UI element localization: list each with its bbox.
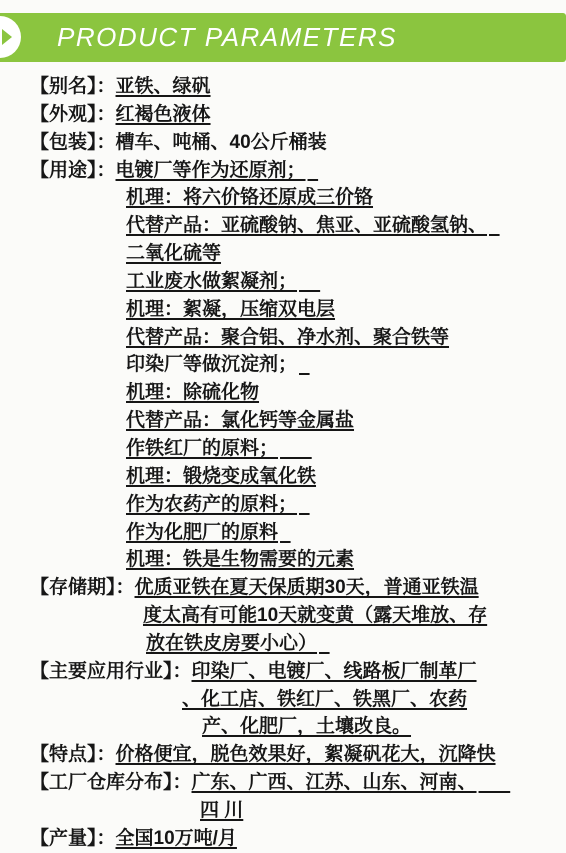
param-value: 机理：铁是生物需要的元素 (126, 549, 354, 570)
param-line: 机理：铁是生物需要的元素 (126, 546, 566, 574)
param-line: 机理：将六价铬还原成三价铬 (126, 184, 566, 212)
param-line: 【产量】：全国10万吨/月 (30, 825, 566, 853)
param-value: 机理：除硫化物 (126, 382, 259, 403)
param-label: 【工厂仓库分布】： (30, 772, 192, 793)
param-value: 广东、广西、江苏、山东、河南、 (192, 772, 477, 793)
param-line: 度太高有可能10天就变黄（露天堆放、存 (143, 602, 566, 630)
param-value: 放在铁皮房要小心） (146, 633, 317, 654)
underline-tail (308, 160, 319, 181)
param-value: 机理：锻烧变成氧化铁 (126, 466, 316, 487)
underline-tail (280, 522, 291, 543)
param-value: 二氧化硫等 (126, 243, 221, 264)
param-value: 电镀厂等作为还原剂； (116, 160, 306, 181)
param-line: 代替产品：氯化钙等金属盐 (126, 407, 566, 435)
param-line: 【特点】：价格便宜，脱色效果好，絮凝矾花大，沉降快 (30, 741, 566, 769)
parameters-list: 【别名】：亚铁、绿矾【外观】：红褐色液体【包装】：槽车、吨桶、40公斤桶装【用途… (30, 73, 566, 853)
param-line: 四 川 (200, 797, 566, 825)
param-line: 【用途】：电镀厂等作为还原剂； (30, 157, 566, 185)
param-line: 作为化肥厂的原料 (126, 519, 566, 547)
underline-tail (489, 215, 500, 236)
param-line: 二氧化硫等 (126, 240, 566, 268)
param-line: 机理：絮凝，压缩双电层 (126, 296, 566, 324)
param-value: 代替产品：聚合铝、净水剂、聚合铁等 (126, 327, 449, 348)
section-header-banner: PRODUCT PARAMETERS (0, 13, 566, 62)
param-label: 【用途】： (30, 160, 116, 181)
param-value: 机理：将六价铬还原成三价铬 (126, 187, 373, 208)
param-label: 【主要应用行业】： (30, 661, 192, 682)
param-line: 工业废水做絮凝剂； (126, 268, 566, 296)
param-value: 亚铁、绿矾 (116, 76, 211, 97)
param-line: 代替产品：亚硫酸钠、焦亚、亚硫酸氢钠、 (126, 212, 566, 240)
param-value: 产、化肥厂，土壤改良。 (202, 716, 411, 737)
arrow-badge (0, 16, 21, 58)
section-title: PRODUCT PARAMETERS (57, 22, 397, 53)
param-line: 、化工店、铁红厂、铁黑厂、农药 (182, 686, 566, 714)
underline-tail (479, 772, 511, 793)
param-line: 【包装】：槽车、吨桶、40公斤桶装 (30, 129, 566, 157)
param-label: 【存储期】： (30, 577, 135, 598)
underline-tail (280, 438, 312, 459)
param-value: 价格便宜，脱色效果好，絮凝矾花大，沉降快 (116, 744, 496, 765)
param-line: 【工厂仓库分布】：广东、广西、江苏、山东、河南、 (30, 769, 566, 797)
param-value: 红褐色液体 (116, 104, 211, 125)
param-line: 【主要应用行业】：印染厂、电镀厂、线路板厂制革厂 (30, 658, 566, 686)
param-value: 机理：絮凝，压缩双电层 (126, 299, 335, 320)
param-label: 【外观】： (30, 104, 116, 125)
param-line: 印染厂等做沉淀剂； (126, 351, 566, 379)
param-line: 【外观】：红褐色液体 (30, 101, 566, 129)
param-line: 机理：除硫化物 (126, 379, 566, 407)
param-line: 【别名】：亚铁、绿矾 (30, 73, 566, 101)
right-arrow-icon (2, 29, 12, 45)
underline-tail (299, 354, 310, 375)
param-value: 四 川 (200, 800, 243, 821)
param-value: 印染厂等做沉淀剂； (126, 354, 297, 375)
param-value: 代替产品：氯化钙等金属盐 (126, 410, 354, 431)
underline-tail (319, 633, 330, 654)
param-value: 作为农药产的原料； (126, 494, 297, 515)
underline-tail (299, 271, 320, 292)
param-line: 产、化肥厂，土壤改良。 (202, 713, 566, 741)
param-line: 代替产品：聚合铝、净水剂、聚合铁等 (126, 324, 566, 352)
param-line: 作为农药产的原料； (126, 491, 566, 519)
param-value: 槽车、吨桶、40公斤桶装 (116, 132, 327, 153)
underline-tail (299, 494, 310, 515)
param-line: 放在铁皮房要小心） (146, 630, 566, 658)
param-value: 优质亚铁在夏天保质期30天，普通亚铁温 (135, 577, 479, 598)
param-value: 作铁红厂的原料； (126, 438, 278, 459)
param-value: 印染厂、电镀厂、线路板厂制革厂 (192, 661, 477, 682)
param-line: 机理：锻烧变成氧化铁 (126, 463, 566, 491)
param-label: 【产量】： (30, 828, 116, 849)
param-label: 【包装】： (30, 132, 116, 153)
param-value: 度太高有可能10天就变黄（露天堆放、存 (143, 605, 487, 626)
param-value: 作为化肥厂的原料 (126, 522, 278, 543)
param-value: 工业废水做絮凝剂； (126, 271, 297, 292)
param-value: 、化工店、铁红厂、铁黑厂、农药 (182, 689, 467, 710)
param-value: 代替产品：亚硫酸钠、焦亚、亚硫酸氢钠、 (126, 215, 487, 236)
param-label: 【别名】： (30, 76, 116, 97)
param-value: 全国10万吨/月 (116, 828, 237, 849)
param-line: 作铁红厂的原料； (126, 435, 566, 463)
param-label: 【特点】： (30, 744, 116, 765)
param-line: 【存储期】：优质亚铁在夏天保质期30天，普通亚铁温 (30, 574, 566, 602)
